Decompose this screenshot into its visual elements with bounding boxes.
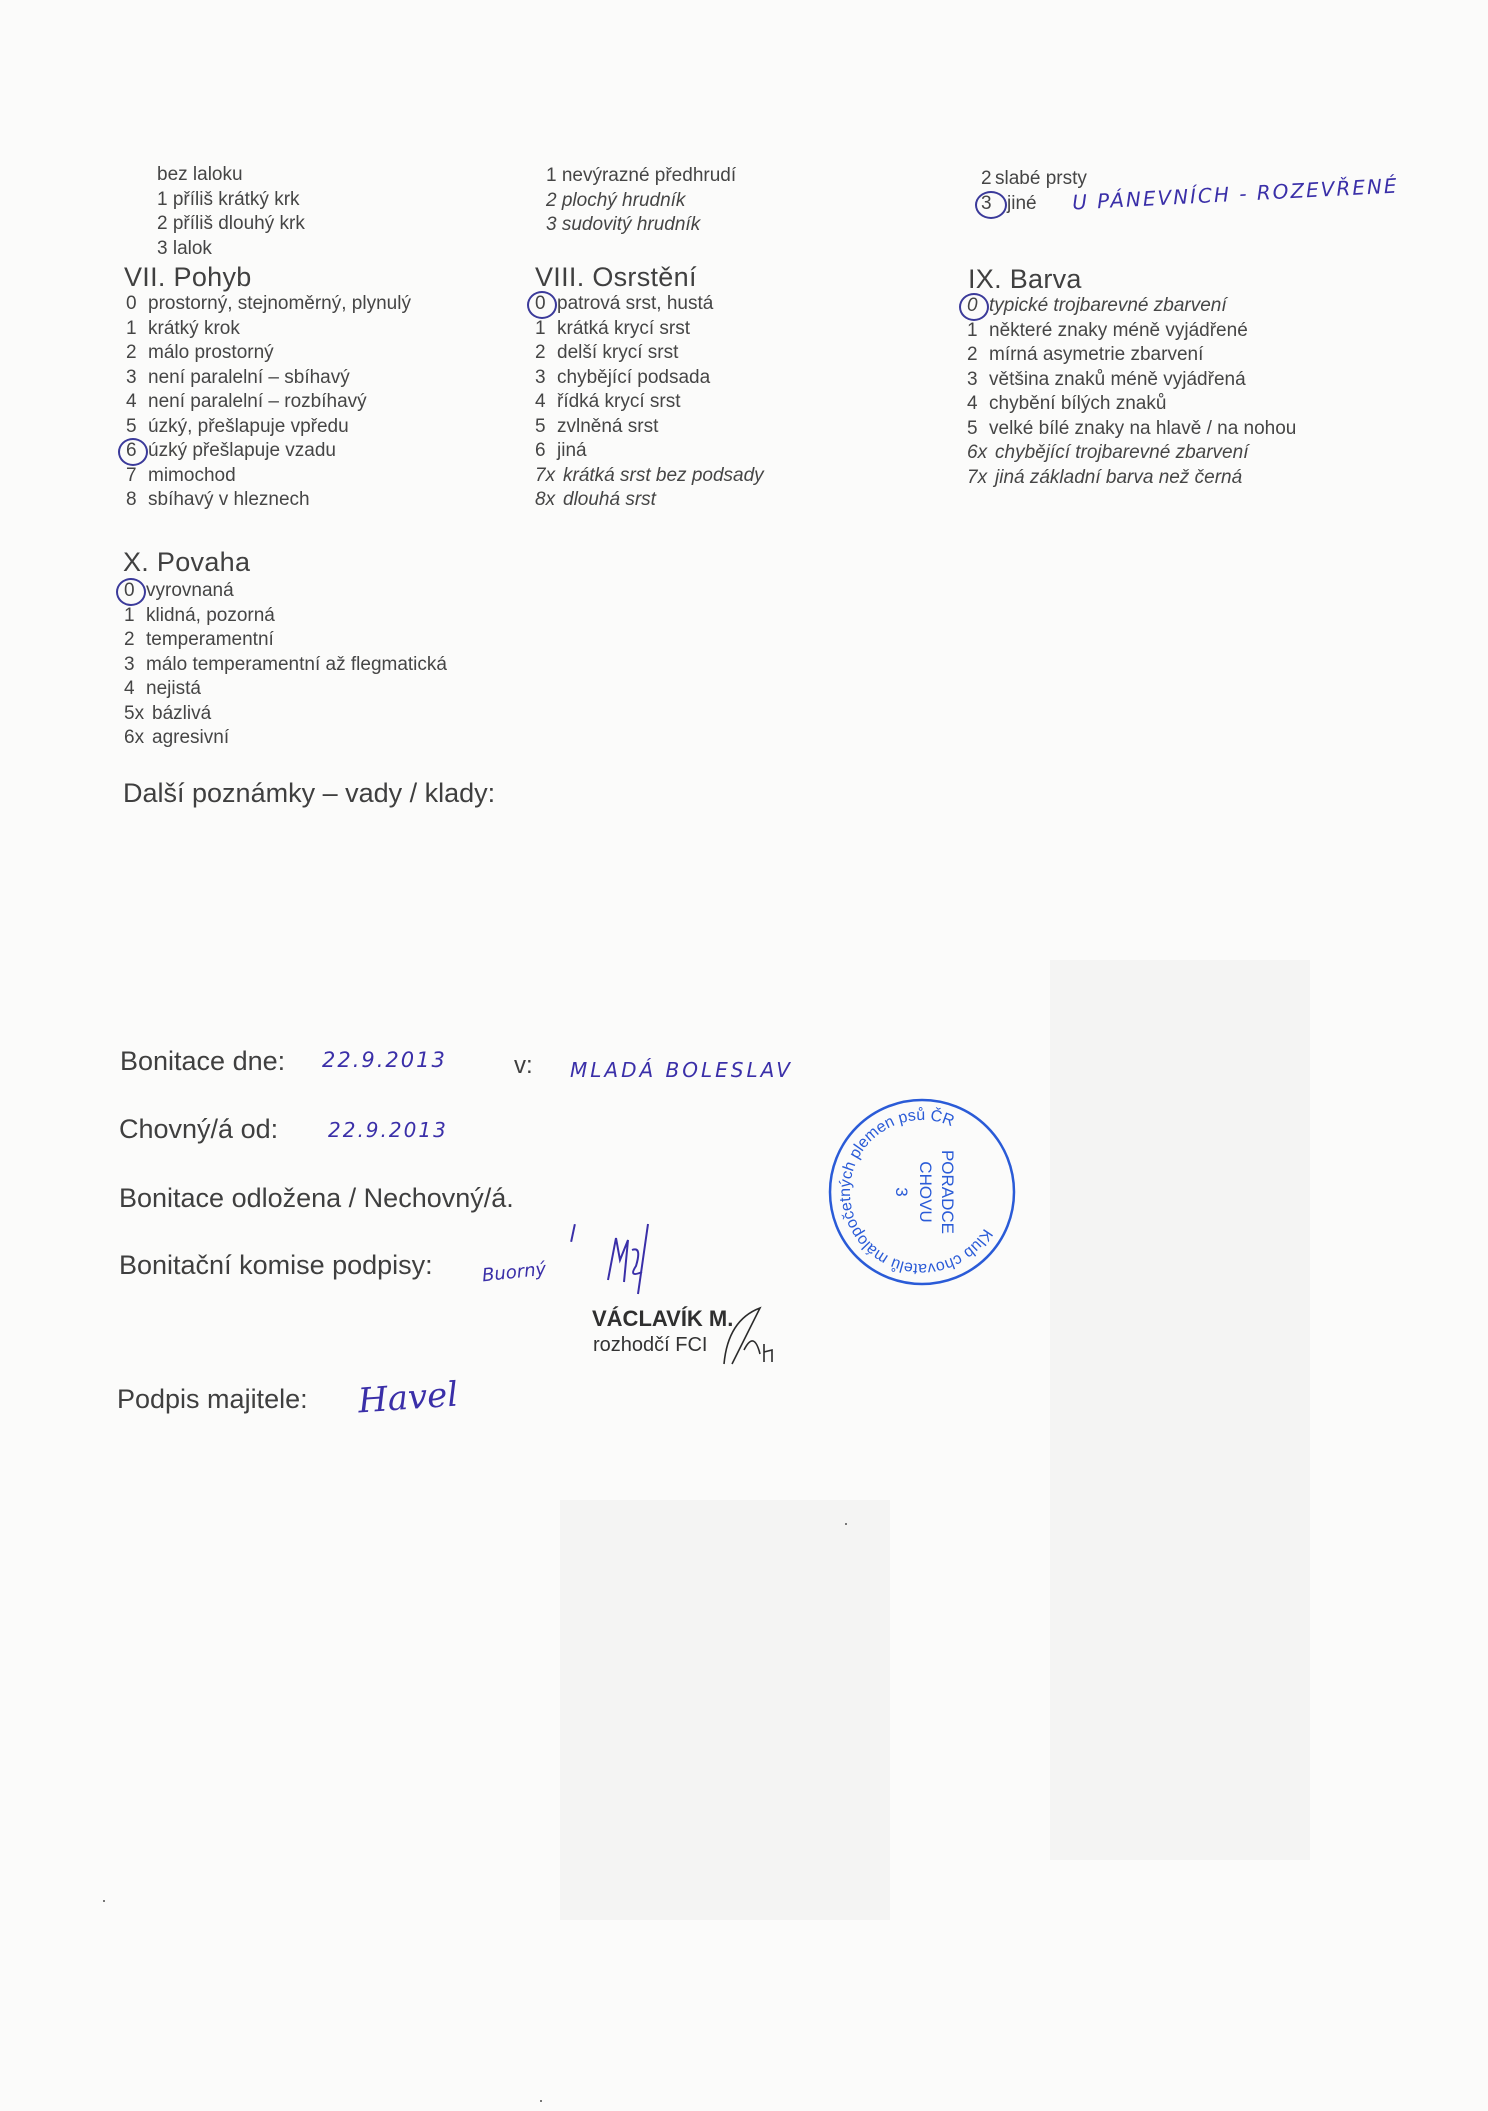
item-number: 8x (535, 488, 563, 513)
section-title-osrsteni: VIII. Osrstění (535, 262, 697, 293)
list-item: 3není paralelní – sbíhavý (126, 366, 411, 391)
item-text: patrová srst, hustá (557, 293, 713, 314)
item-text: mimochod (148, 465, 236, 486)
commission-signature-scribble (598, 1220, 658, 1300)
item-text: není paralelní – sbíhavý (148, 367, 350, 388)
item-number: 0 (967, 294, 989, 319)
section-title-pohyb: VII. Pohyb (124, 262, 252, 293)
item-text: chybějící trojbarevné zbarvení (995, 442, 1248, 463)
list-item: 1 příliš krátký krk (157, 188, 305, 213)
svg-text:3: 3 (892, 1187, 911, 1196)
section-list-pohyb: 0prostorný, stejnoměrný, plynulý1krátký … (126, 292, 411, 513)
item-text: některé znaky méně vyjádřené (989, 320, 1248, 341)
item-text: chybějící podsada (557, 367, 710, 388)
item-number: 4 (535, 390, 557, 415)
item-text: málo temperamentní až flegmatická (146, 654, 447, 675)
list-item: 2 plochý hrudník (546, 189, 736, 214)
scan-dot (103, 1900, 105, 1902)
item-number: 2 (126, 341, 148, 366)
section-title-povaha: X. Povaha (123, 547, 250, 578)
item-text: chybění bílých znaků (989, 393, 1166, 414)
list-item: 3většina znaků méně vyjádřená (967, 368, 1296, 393)
item-number: 4 (126, 390, 148, 415)
bonitace-date-label: Bonitace dne: (120, 1046, 285, 1077)
item-text: temperamentní (146, 629, 274, 650)
place-label: v: (514, 1052, 533, 1080)
item-text: sbíhavý v hleznech (148, 489, 310, 510)
item-text: agresivní (152, 727, 229, 748)
item-text: dlouhá srst (563, 489, 656, 510)
list-item: 7xjiná základní barva než černá (967, 466, 1296, 491)
list-item: 5xbázlivá (124, 702, 447, 727)
list-item: 2málo prostorný (126, 341, 411, 366)
judge-title: rozhodčí FCI (593, 1334, 707, 1357)
item-text: jiné (1007, 193, 1037, 214)
list-item: 2delší krycí srst (535, 341, 764, 366)
list-item: 4řídká krycí srst (535, 390, 764, 415)
section-title-barva: IX. Barva (968, 264, 1082, 295)
list-item: 0patrová srst, hustá (535, 292, 764, 317)
list-item: 5zvlněná srst (535, 415, 764, 440)
bonitace-date-value[interactable]: 22.9.2013 (322, 1048, 447, 1072)
circled-selection-mark (975, 191, 1007, 219)
item-text: úzký, přešlapuje vpředu (148, 416, 349, 437)
item-number: 4 (967, 392, 989, 417)
item-text: krátký krok (148, 318, 240, 339)
item-number: 5x (124, 702, 152, 727)
item-number: 2 (124, 628, 146, 653)
judge-signature (720, 1300, 790, 1370)
item-number: 3 (124, 653, 146, 678)
item-number: 1 (967, 319, 989, 344)
item-number: 0 (126, 292, 148, 317)
list-item: 4není paralelní – rozbíhavý (126, 390, 411, 415)
item-number: 3 (535, 366, 557, 391)
item-text: řídká krycí srst (557, 391, 681, 412)
section-list-osrsteni: 0patrová srst, hustá1krátká krycí srst2d… (535, 292, 764, 513)
circled-selection-mark (959, 293, 989, 321)
list-item: 1krátký krok (126, 317, 411, 342)
item-number: 3 (126, 366, 148, 391)
list-item: 3 lalok (157, 237, 305, 262)
list-item: 0prostorný, stejnoměrný, plynulý (126, 292, 411, 317)
circled-selection-mark (118, 438, 148, 466)
list-item: 2slabé prsty (981, 167, 1087, 192)
item-text: krátká srst bez podsady (563, 465, 764, 486)
owner-signature-label: Podpis majitele: (117, 1384, 308, 1415)
list-item: 0vyrovnaná (124, 579, 447, 604)
commission-signatures-label: Bonitační komise podpisy: (119, 1250, 433, 1281)
item-number: 5 (126, 415, 148, 440)
postponed-label: Bonitace odložena / Nechovný/á. (119, 1183, 514, 1214)
item-number: 3 (967, 368, 989, 393)
item-number: 2 (981, 167, 995, 192)
item-text: velké bílé znaky na hlavě / na nohou (989, 418, 1296, 439)
list-item: 7xkrátká srst bez podsady (535, 464, 764, 489)
commission-signature: Buorný (481, 1259, 547, 1287)
breeding-from-label: Chovný/á od: (119, 1114, 278, 1145)
item-text: není paralelní – rozbíhavý (148, 391, 367, 412)
list-item: 1některé znaky méně vyjádřené (967, 319, 1296, 344)
show-through-shadow (1050, 960, 1310, 1860)
item-number: 6x (124, 726, 152, 751)
item-text: klidná, pozorná (146, 605, 275, 626)
item-text: málo prostorný (148, 342, 274, 363)
list-item: 6jiná (535, 439, 764, 464)
item-text: vyrovnaná (146, 580, 234, 601)
list-item: 2mírná asymetrie zbarvení (967, 343, 1296, 368)
item-text: mírná asymetrie zbarvení (989, 344, 1203, 365)
list-item: bez laloku (157, 163, 305, 188)
item-number: 4 (124, 677, 146, 702)
list-item: 4nejistá (124, 677, 447, 702)
item-text: delší krycí srst (557, 342, 678, 363)
breeding-from-value[interactable]: 22.9.2013 (328, 1118, 448, 1142)
list-item: 5velké bílé znaky na hlavě / na nohou (967, 417, 1296, 442)
item-number: 6x (967, 441, 995, 466)
handwritten-note: u pánevních - rozevřené (1072, 173, 1399, 214)
item-number: 3 (981, 192, 1007, 217)
item-text: typické trojbarevné zbarvení (989, 295, 1227, 316)
list-item: 0typické trojbarevné zbarvení (967, 294, 1296, 319)
list-item: 2 příliš dlouhý krk (157, 212, 305, 237)
circled-selection-mark (116, 578, 146, 606)
list-item: 3chybějící podsada (535, 366, 764, 391)
item-text: slabé prsty (995, 168, 1087, 189)
list-item: 3málo temperamentní až flegmatická (124, 653, 447, 678)
list-item: 7mimochod (126, 464, 411, 489)
item-text: většina znaků méně vyjádřená (989, 369, 1246, 390)
list-item: 6xchybějící trojbarevné zbarvení (967, 441, 1296, 466)
item-text: krátká krycí srst (557, 318, 690, 339)
item-number: 7 (126, 464, 148, 489)
list-item: 2temperamentní (124, 628, 447, 653)
list-item: 1 nevýrazné předhrudí (546, 164, 736, 189)
club-stamp: Klub chovatelů málopočetných plemen psů … (826, 1096, 1018, 1288)
place-value[interactable]: MLADÁ BOLESLAV (570, 1058, 793, 1082)
neck-fragment-list: bez laloku 1 příliš krátký krk 2 příliš … (157, 163, 305, 261)
item-number: 2 (535, 341, 557, 366)
list-item: 8sbíhavý v hleznech (126, 488, 411, 513)
circled-selection-mark (527, 291, 557, 319)
chest-fragment-list: 1 nevýrazné předhrudí 2 plochý hrudník 3… (546, 164, 736, 238)
item-number: 1 (126, 317, 148, 342)
item-number: 1 (535, 317, 557, 342)
list-item: 6úzký přešlapuje vzadu (126, 439, 411, 464)
list-item: 3 sudovitý hrudník (546, 213, 736, 238)
item-number: 0 (535, 292, 557, 317)
item-number: 2 (967, 343, 989, 368)
item-text: jiná (557, 440, 587, 461)
svg-text:PORADCE: PORADCE (938, 1150, 957, 1234)
scan-dot (845, 1523, 847, 1525)
item-text: bázlivá (152, 703, 211, 724)
list-item: 4chybění bílých znaků (967, 392, 1296, 417)
item-text: zvlněná srst (557, 416, 658, 437)
item-number: 7x (967, 466, 995, 491)
item-text: jiná základní barva než černá (995, 467, 1242, 488)
section-list-barva: 0typické trojbarevné zbarvení1některé zn… (967, 294, 1296, 490)
notes-label: Další poznámky – vady / klady: (123, 778, 495, 809)
item-number: 5 (535, 415, 557, 440)
item-text: nejistá (146, 678, 201, 699)
item-text: prostorný, stejnoměrný, plynulý (148, 293, 411, 314)
item-number: 0 (124, 579, 146, 604)
owner-signature: Havel (357, 1375, 460, 1422)
list-item: 1klidná, pozorná (124, 604, 447, 629)
list-item: 1krátká krycí srst (535, 317, 764, 342)
list-item: 6xagresivní (124, 726, 447, 751)
list-item: 5úzký, přešlapuje vpředu (126, 415, 411, 440)
show-through-shadow (560, 1500, 890, 1920)
item-number: 6 (126, 439, 148, 464)
item-number: 7x (535, 464, 563, 489)
item-number: 5 (967, 417, 989, 442)
judge-name: VÁCLAVÍK M. (592, 1306, 733, 1332)
scan-dot (540, 2100, 542, 2102)
tick-mark (570, 1224, 576, 1242)
section-list-povaha: 0vyrovnaná1klidná, pozorná2temperamentní… (124, 579, 447, 751)
svg-text:CHOVU: CHOVU (916, 1161, 935, 1222)
item-number: 8 (126, 488, 148, 513)
list-item: 8xdlouhá srst (535, 488, 764, 513)
item-number: 1 (124, 604, 146, 629)
item-text: úzký přešlapuje vzadu (148, 440, 336, 461)
item-number: 6 (535, 439, 557, 464)
